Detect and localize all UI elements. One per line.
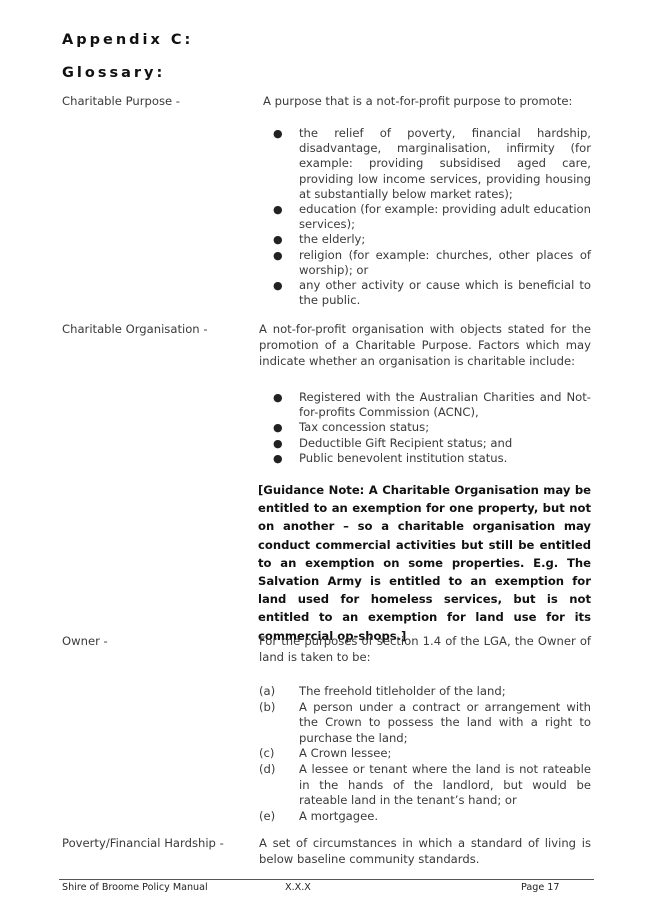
list-marker: (a) bbox=[259, 684, 275, 700]
list-item: ●any other activity or cause which is be… bbox=[259, 278, 591, 308]
definition-charitable-purpose-intro: A purpose that is a not-for-profit purpo… bbox=[263, 93, 595, 109]
glossary-heading: Glossary: bbox=[62, 65, 165, 81]
footer-version: X.X.X bbox=[285, 882, 311, 893]
definition-charitable-organisation-intro: A not-for-profit organisation with objec… bbox=[259, 321, 591, 370]
bullet-icon: ● bbox=[273, 451, 283, 466]
list-item: (b)A person under a contract or arrangem… bbox=[259, 700, 591, 747]
bullet-icon: ● bbox=[273, 248, 283, 263]
guidance-note: [Guidance Note: A Charitable Organisatio… bbox=[258, 481, 591, 645]
list-item: ●the relief of poverty, financial hardsh… bbox=[259, 126, 591, 202]
appendix-heading: Appendix C: bbox=[62, 32, 193, 48]
list-item: ●Deductible Gift Recipient status; and bbox=[259, 436, 591, 451]
footer-page-number: Page 17 bbox=[521, 882, 559, 893]
term-charitable-organisation: Charitable Organisation - bbox=[62, 321, 208, 337]
charitable-organisation-list: ●Registered with the Australian Charitie… bbox=[259, 390, 591, 466]
list-item: (d)A lessee or tenant where the land is … bbox=[259, 762, 591, 809]
footer-divider bbox=[59, 879, 594, 880]
document-page: Appendix C: Glossary: Charitable Purpose… bbox=[0, 0, 653, 923]
list-item: ●Tax concession status; bbox=[259, 420, 591, 435]
list-item: ●education (for example: providing adult… bbox=[259, 202, 591, 232]
list-item: (e)A mortgagee. bbox=[259, 809, 591, 825]
term-poverty-financial-hardship: Poverty/Financial Hardship - bbox=[62, 835, 224, 851]
list-item: (c)A Crown lessee; bbox=[259, 746, 591, 762]
owner-list: (a)The freehold titleholder of the land;… bbox=[259, 684, 591, 824]
bullet-icon: ● bbox=[273, 202, 283, 217]
bullet-icon: ● bbox=[273, 126, 283, 141]
list-marker: (d) bbox=[259, 762, 275, 778]
charitable-purpose-list: ●the relief of poverty, financial hardsh… bbox=[259, 126, 591, 308]
list-item: ●Public benevolent institution status. bbox=[259, 451, 591, 466]
list-marker: (e) bbox=[259, 809, 275, 825]
term-owner: Owner - bbox=[62, 633, 108, 649]
term-charitable-purpose: Charitable Purpose - bbox=[62, 93, 180, 109]
bullet-icon: ● bbox=[273, 390, 283, 405]
definition-owner-intro: For the purposes of section 1.4 of the L… bbox=[259, 633, 591, 665]
bullet-icon: ● bbox=[273, 232, 283, 247]
definition-poverty-financial-hardship: A set of circumstances in which a standa… bbox=[259, 835, 591, 867]
list-item: (a)The freehold titleholder of the land; bbox=[259, 684, 591, 700]
bullet-icon: ● bbox=[273, 436, 283, 451]
footer-manual-title: Shire of Broome Policy Manual bbox=[62, 882, 208, 893]
list-item: ●Registered with the Australian Charitie… bbox=[259, 390, 591, 420]
list-marker: (c) bbox=[259, 746, 274, 762]
list-item: ●the elderly; bbox=[259, 232, 591, 247]
list-item: ●religion (for example: churches, other … bbox=[259, 248, 591, 278]
bullet-icon: ● bbox=[273, 420, 283, 435]
bullet-icon: ● bbox=[273, 278, 283, 293]
list-marker: (b) bbox=[259, 700, 275, 716]
